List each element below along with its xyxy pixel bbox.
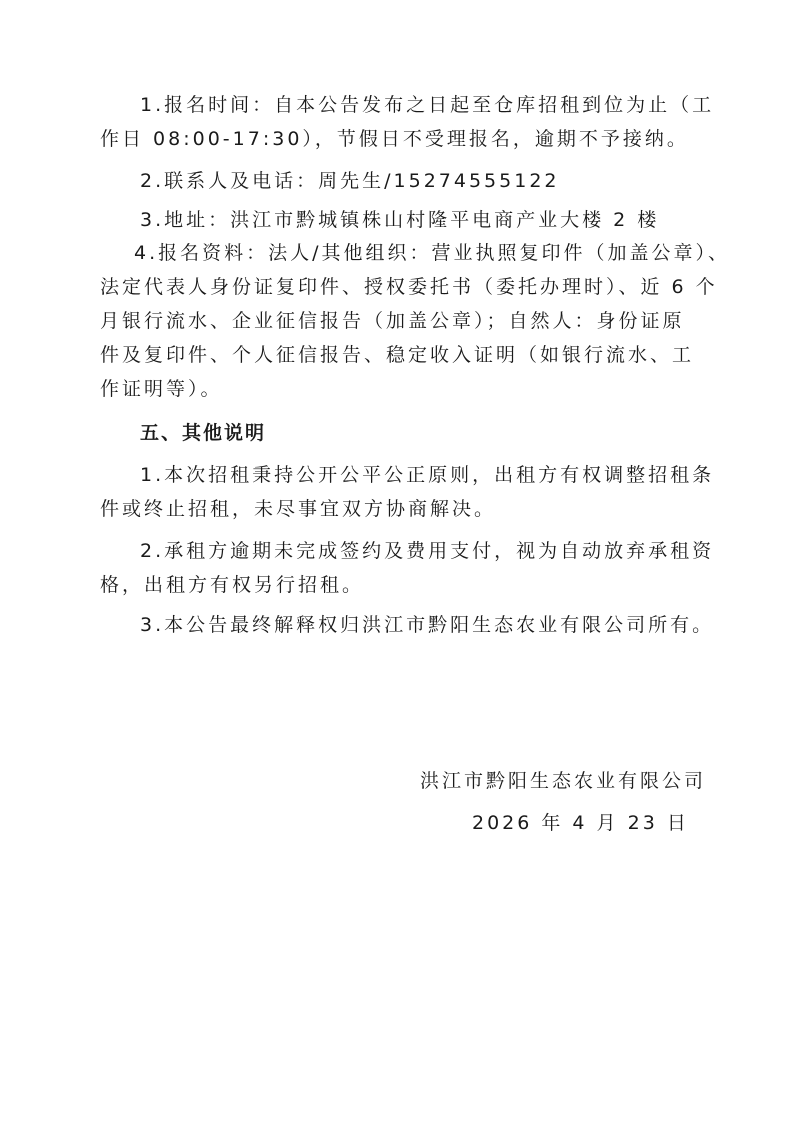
contact-line: 2.联系人及电话：周先生/15274555122 xyxy=(140,168,560,194)
address-line: 3.地址：洪江市黔城镇株山村隆平电商产业大楼 2 楼 xyxy=(140,207,659,233)
registration-materials-line-3: 月银行流水、企业征信报告（加盖公章）；自然人：身份证原 xyxy=(100,308,685,334)
registration-materials-line-1: 4.报名资料：法人/其他组织：营业执照复印件（加盖公章）、 xyxy=(134,240,730,266)
registration-time-line-1: 1.报名时间：自本公告发布之日起至仓库招租到位为止（工 xyxy=(140,92,714,118)
signature-company: 洪江市黔阳生态农业有限公司 xyxy=(420,768,706,794)
registration-materials-line-4: 件及复印件、个人征信报告、稳定收入证明（如银行流水、工 xyxy=(100,342,694,368)
other-note-2-line-1: 2.承租方逾期未完成签约及费用支付，视为自动放弃承租资 xyxy=(140,538,714,564)
other-note-1-line-2: 件或终止招租，未尽事宜双方协商解决。 xyxy=(100,496,496,522)
document-page: 1.报名时间：自本公告发布之日起至仓库招租到位为止（工 作日 08:00-17:… xyxy=(0,0,793,1122)
registration-time-line-2: 作日 08:00-17:30），节假日不受理报名，逾期不予接纳。 xyxy=(100,126,689,152)
signature-date: 2026 年 4 月 23 日 xyxy=(472,810,689,836)
other-note-1-line-1: 1.本次招租秉持公开公平公正原则，出租方有权调整招租条 xyxy=(140,462,714,488)
section-heading-other-notes: 五、其他说明 xyxy=(140,420,266,446)
other-note-2-line-2: 格，出租方有权另行招租。 xyxy=(100,572,364,598)
registration-materials-line-2: 法定代表人身份证复印件、授权委托书（委托办理时）、近 6 个 xyxy=(100,274,718,300)
other-note-3-line-1: 3.本公告最终解释权归洪江市黔阳生态农业有限公司所有。 xyxy=(140,612,714,638)
registration-materials-line-5: 作证明等）。 xyxy=(100,376,223,402)
